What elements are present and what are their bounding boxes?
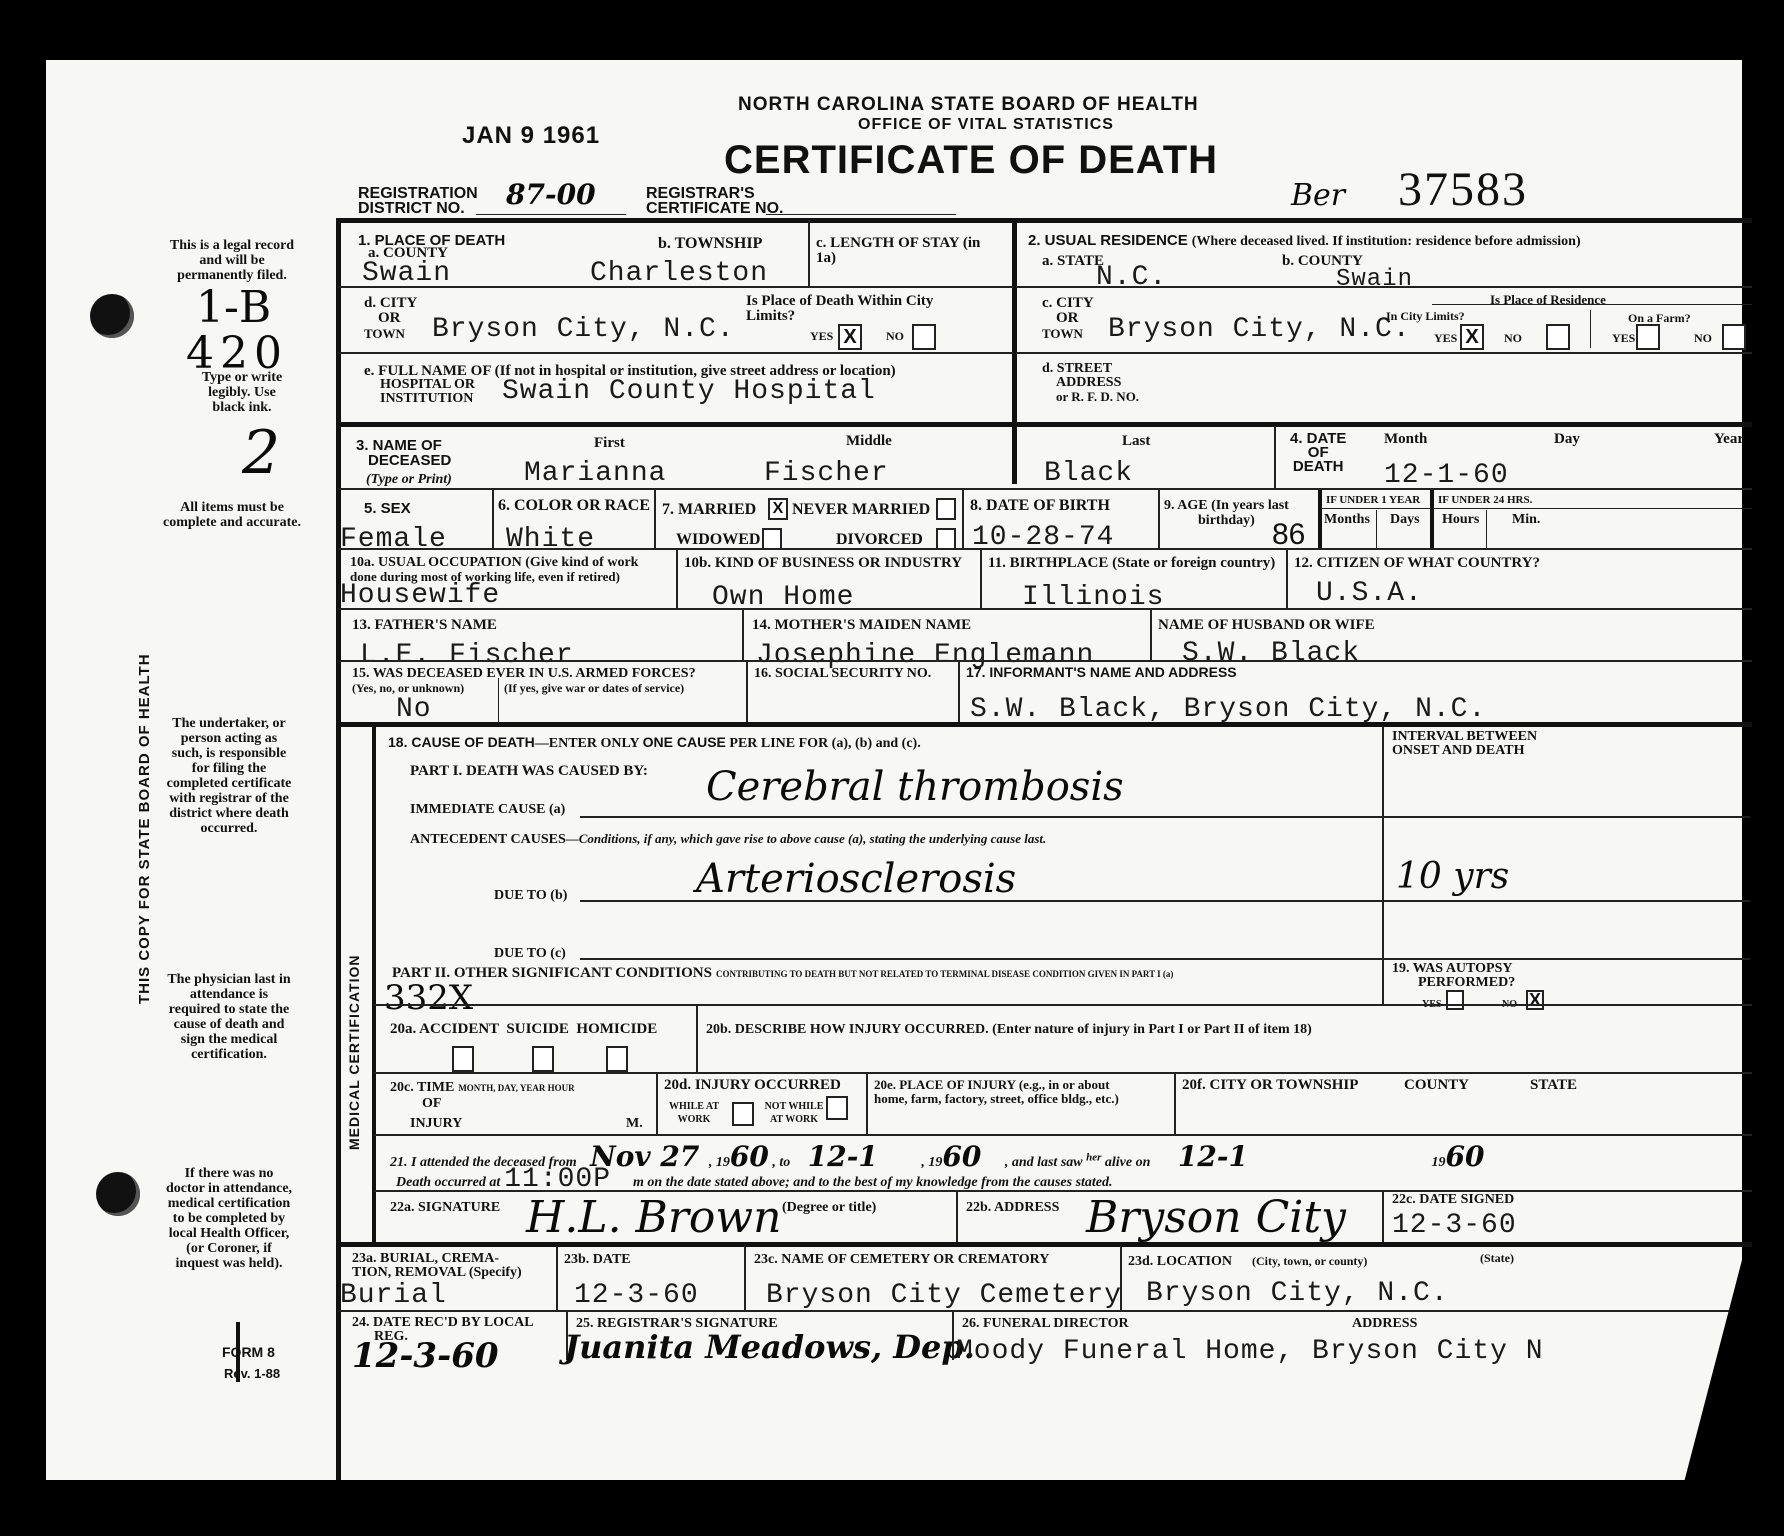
agency-office: OFFICE OF VITAL STATISTICS [858, 116, 1114, 134]
autopsy-no-checkbox[interactable]: X [1526, 990, 1544, 1010]
margin-note-undertaker: The undertaker, or person acting as such… [164, 716, 294, 836]
date-signed-label: 22c. DATE SIGNED [1392, 1192, 1514, 1207]
divider-under24 [1430, 490, 1434, 548]
registrar-certificate-underline [766, 214, 956, 215]
form-number: FORM 8 [222, 1344, 275, 1360]
within-city-limits-label: Is Place of Death Within City Limits? [746, 294, 946, 324]
page-title: CERTIFICATE OF DEATH [724, 138, 1218, 183]
margin-note-physician: The physician last in attendance is requ… [164, 972, 294, 1062]
residence-city: Bryson City, N.C. [1108, 316, 1411, 344]
row-line [338, 286, 1014, 288]
birthplace-label: 11. BIRTHPLACE (State or foreign country… [988, 556, 1275, 571]
father-label: 13. FATHER'S NAME [352, 618, 497, 633]
age-label: 9. AGE (In years last birthday) [1164, 498, 1289, 528]
section-divider [338, 1242, 1752, 1247]
in-city-yes-checkbox[interactable]: X [1460, 324, 1484, 350]
place-of-death-town-label: TOWN [364, 326, 405, 341]
row-line [374, 1072, 1752, 1074]
interval-column-divider [1382, 726, 1384, 1004]
divider [1174, 1072, 1176, 1134]
ssn-label: 16. SOCIAL SECURITY NO. [754, 666, 931, 681]
last-name-label: Last [1122, 434, 1150, 449]
residence-county: Swain [1336, 266, 1413, 294]
date-received: 12-3-60 [352, 1336, 499, 1376]
due-to-b-line [580, 900, 1750, 902]
physician-signature: H.L. Brown [526, 1192, 781, 1243]
injury-occurred-label: 20d. INJURY OCCURRED [664, 1078, 841, 1093]
date-signed: 12-3-60 [1392, 1212, 1517, 1240]
burial-date-label: 23b. DATE [564, 1252, 631, 1267]
min-label: Min. [1512, 512, 1540, 527]
place-of-death-township: Charleston [590, 260, 768, 288]
residence-street-label: d. STREET ADDRESS or R. F. D. NO. [1042, 362, 1139, 404]
divider [492, 488, 494, 548]
row-line [374, 1004, 1752, 1006]
burial-location: Bryson City, N.C. [1146, 1280, 1449, 1308]
physician-address-label: 22b. ADDRESS [966, 1200, 1059, 1215]
row-line [1016, 352, 1752, 354]
divider [742, 608, 744, 660]
never-married-checkbox[interactable] [936, 498, 956, 520]
within-city-yes-checkbox[interactable]: X [838, 324, 862, 350]
location-state-label: (State) [1480, 1252, 1514, 1265]
residence-farm-divider [1590, 310, 1591, 348]
section-divider [338, 422, 1752, 427]
injury-city-township-label: 20f. CITY OR TOWNSHIP [1182, 1078, 1358, 1093]
part1-label: PART I. DEATH WAS CAUSED BY: [410, 764, 648, 779]
section-divider-1-2 [1012, 218, 1017, 484]
under-24-hrs-label: IF UNDER 24 HRS. [1438, 494, 1532, 507]
year-label: Year [1714, 432, 1744, 447]
divider [1382, 1190, 1384, 1244]
usual-residence-header: 2. USUAL RESIDENCE (Where deceased lived… [1028, 232, 1581, 250]
divider [1286, 548, 1288, 608]
divider [1158, 488, 1160, 548]
never-married-label: NEVER MARRIED [792, 502, 930, 517]
row-line [338, 1310, 1734, 1312]
place-of-injury-label: 20e. PLACE OF INJURY (e.g., in or about … [874, 1078, 1119, 1106]
deceased-name-label: 3. NAME OF DECEASED [356, 438, 451, 468]
row-line [338, 660, 1752, 662]
citizenship: U.S.A. [1316, 580, 1423, 608]
divider [656, 1072, 658, 1134]
in-city-no-label: NO [1504, 332, 1522, 345]
months-label: Months [1324, 512, 1370, 527]
while-at-work-checkbox[interactable] [732, 1102, 754, 1126]
deceased-middle-name: Fischer [764, 460, 889, 488]
form-revision: Rev. 1-88 [224, 1366, 280, 1381]
autopsy-label: 19. WAS AUTOPSY PERFORMED? [1392, 962, 1515, 990]
time-of-injury-label: 20c. TIME MONTH, DAY, YEAR HOUR [390, 1078, 575, 1096]
antecedent-causes-label: ANTECEDENT CAUSES—Conditions, if any, wh… [410, 830, 1046, 848]
not-while-at-work-label: NOT WHILE AT WORK [764, 1100, 824, 1126]
medical-certification-label: MEDICAL CERTIFICATION [346, 955, 362, 1150]
in-city-no-checkbox[interactable] [1546, 324, 1570, 350]
accident-checkbox[interactable] [452, 1046, 474, 1072]
divider [980, 548, 982, 608]
due-to-b: Arteriosclerosis [696, 856, 1016, 902]
divider [1150, 608, 1152, 660]
margin-note-complete: All items must be complete and accurate. [162, 500, 302, 530]
registrar-signature: Juanita Meadows, Dep. [564, 1328, 975, 1366]
place-of-death-county: Swain [362, 260, 451, 288]
armed-forces-label: 15. WAS DECEASED EVER IN U.S. ARMED FORC… [352, 666, 696, 681]
margin-handwritten-2: 2 [242, 418, 280, 488]
on-farm-no-checkbox[interactable] [1722, 324, 1746, 350]
funeral-director: Moody Funeral Home, Bryson City N [956, 1338, 1544, 1366]
deceased-type-or-print: (Type or Print) [366, 472, 452, 488]
margin-note-type-legibly: Type or write legibly. Use black ink. [192, 370, 292, 415]
location-label: 23d. LOCATION (City, town, or county) [1128, 1252, 1367, 1270]
row-line [338, 608, 1752, 610]
cemetery-label: 23c. NAME OF CEMETERY OR CREMATORY [754, 1252, 1049, 1267]
mother-label: 14. MOTHER'S MAIDEN NAME [752, 618, 971, 633]
cemetery: Bryson City Cemetery [766, 1282, 1122, 1310]
row-line [374, 1134, 1752, 1136]
form-top-border [336, 218, 1752, 223]
certificate-number: 37583 [1398, 162, 1528, 217]
middle-name-label: Middle [846, 434, 892, 449]
received-stamp-date: JAN 9 1961 [462, 122, 600, 150]
divorced-checkbox[interactable] [936, 528, 956, 550]
row-line [1016, 286, 1752, 288]
due-to-b-label: DUE TO (b) [494, 888, 567, 903]
injury-county-label: COUNTY [1404, 1078, 1469, 1093]
married-checkbox[interactable]: X [768, 498, 788, 520]
widowed-label: WIDOWED [676, 532, 760, 547]
divider [696, 1006, 698, 1072]
residence-city-label: c. CITY OR [1042, 296, 1094, 326]
certificate-prefix-handwritten: Ber [1291, 178, 1345, 213]
divider [746, 660, 748, 722]
registrar-certificate-label: REGISTRAR'S CERTIFICATE NO. [646, 186, 783, 216]
citizen-label: 12. CITIZEN OF WHAT COUNTRY? [1294, 556, 1540, 571]
divider [1376, 510, 1377, 548]
spouse-label: NAME OF HUSBAND OR WIFE [1158, 618, 1375, 633]
burial-date: 12-3-60 [574, 1282, 699, 1310]
punch-hole-top [90, 294, 134, 338]
margin-handwritten-1b: 1-B [196, 282, 271, 333]
punch-hole-bottom [96, 1172, 140, 1216]
armed-forces-service-label: (If yes, give war or dates of service) [504, 682, 684, 695]
divider [744, 1246, 746, 1310]
sex-label: 5. SEX [364, 500, 411, 517]
divider [1120, 1246, 1122, 1310]
homicide-checkbox[interactable] [606, 1046, 628, 1072]
dob-label: 8. DATE OF BIRTH [970, 498, 1110, 513]
place-of-death-city-label: d. CITY OR [364, 296, 417, 326]
date-of-death-label: 4. DATE OF DEATH [1290, 432, 1346, 474]
hospital-label-line2: HOSPITAL OR INSTITUTION [380, 378, 475, 406]
married-label: 7. MARRIED [662, 502, 756, 517]
row-line [338, 352, 1014, 354]
divider [958, 660, 960, 722]
within-city-no-label: NO [886, 330, 904, 343]
divider-township-stay [808, 220, 810, 286]
divider [956, 1190, 958, 1244]
row-line [338, 488, 1752, 490]
margin-note-no-doctor: If there was no doctor in attendance, me… [164, 1166, 294, 1271]
divider-under1 [1318, 490, 1322, 548]
time-of-injury-of: OF [422, 1096, 441, 1111]
immediate-cause: Cerebral thrombosis [706, 764, 1124, 810]
registration-district-underline [476, 214, 626, 215]
informant-label: 17. INFORMANT'S NAME AND ADDRESS [966, 664, 1237, 680]
part2-label: PART II. OTHER SIGNIFICANT CONDITIONS CO… [392, 964, 1173, 982]
days-label: Days [1390, 512, 1420, 527]
due-to-c-label: DUE TO (c) [494, 946, 566, 961]
time-of-injury-m: M. [626, 1116, 643, 1131]
funeral-address-label: ADDRESS [1352, 1316, 1417, 1331]
residence-town-label: TOWN [1042, 326, 1083, 341]
day-label: Day [1554, 432, 1580, 447]
within-city-yes-label: YES [810, 330, 833, 343]
under-1-year-label: IF UNDER 1 YEAR [1326, 494, 1420, 507]
divider [952, 1312, 954, 1360]
hours-label: Hours [1442, 512, 1479, 527]
row-line [338, 548, 1752, 550]
within-city-no-checkbox[interactable] [912, 324, 936, 350]
date-of-death: 12-1-60 [1384, 462, 1509, 490]
subhead-line [1322, 508, 1752, 509]
margin-note-legal-record: This is a legal record and will be perma… [162, 238, 302, 283]
in-city-limits-label: In City Limits? [1386, 310, 1465, 323]
in-city-yes-label: YES [1434, 332, 1457, 345]
divider [1486, 510, 1487, 548]
registration-district-no: 87-00 [506, 178, 596, 211]
widowed-checkbox[interactable] [762, 528, 782, 550]
funeral-director-label: 26. FUNERAL DIRECTOR [962, 1316, 1129, 1331]
interval-label: INTERVAL BETWEEN ONSET AND DEATH [1392, 730, 1537, 758]
not-while-at-work-checkbox[interactable] [826, 1096, 848, 1120]
medical-left-border [372, 726, 376, 1242]
due-to-c-line [580, 958, 1750, 960]
disposition-label: 23a. BURIAL, CREMA- TION, REMOVAL (Speci… [352, 1252, 522, 1280]
on-farm-yes-checkbox[interactable] [1636, 324, 1660, 350]
occupation: Housewife [340, 582, 500, 610]
month-label: Month [1384, 432, 1427, 447]
deceased-first-name: Marianna [524, 460, 666, 488]
accident-suicide-homicide-label: 20a. ACCIDENT SUICIDE HOMICIDE [390, 1022, 657, 1037]
due-to-b-interval: 10 yrs [1396, 856, 1509, 897]
signature-label: 22a. SIGNATURE [390, 1200, 500, 1215]
place-of-death-city: Bryson City, N.C. [432, 316, 735, 344]
divider [556, 1246, 558, 1310]
physician-address: Bryson City [1086, 1192, 1346, 1243]
injury-state-label: STATE [1530, 1078, 1577, 1093]
on-farm-yes-label: YES [1612, 332, 1635, 345]
vertical-copy-label: THIS COPY FOR STATE BOARD OF HEALTH [136, 653, 153, 1004]
business-label: 10b. KIND OF BUSINESS OR INDUSTRY [684, 556, 962, 571]
part2-conditions: 332X [384, 978, 473, 1018]
cause-of-death-header: 18. CAUSE OF DEATH—ENTER ONLY ONE CAUSE … [388, 734, 921, 752]
race-label: 6. COLOR OR RACE [498, 498, 650, 513]
divider-name-dod [1274, 426, 1276, 488]
age-value: 86 [1272, 518, 1305, 552]
time-of-injury-injury: INJURY [410, 1116, 462, 1131]
residence-subhead-line [1432, 304, 1752, 305]
deceased-last-name: Black [1044, 460, 1133, 488]
disposition: Burial [340, 1282, 447, 1310]
on-farm-no-label: NO [1694, 332, 1712, 345]
page-corner-fold [1682, 1260, 1742, 1490]
injury-description-label: 20b. DESCRIBE HOW INJURY OCCURRED. (Ente… [706, 1022, 1312, 1037]
divorced-label: DIVORCED [836, 532, 923, 547]
divider [498, 678, 499, 722]
place-of-death-township-label: b. TOWNSHIP [658, 236, 762, 251]
hospital-name: Swain County Hospital [502, 378, 876, 406]
divider [654, 488, 656, 548]
divider [962, 488, 964, 548]
informant: S.W. Black, Bryson City, N.C. [970, 696, 1486, 724]
immediate-cause-label: IMMEDIATE CAUSE (a) [410, 802, 565, 817]
first-name-label: First [594, 436, 625, 451]
agency-name: NORTH CAROLINA STATE BOARD OF HEALTH [738, 94, 1199, 116]
immediate-cause-line [580, 816, 1750, 818]
registration-district-label: REGISTRATION DISTRICT NO. [358, 186, 478, 216]
autopsy-yes-checkbox[interactable] [1446, 990, 1464, 1010]
section-divider [338, 722, 1752, 727]
divider [676, 548, 678, 608]
divider [866, 1072, 868, 1134]
while-at-work-label: WHILE AT WORK [664, 1100, 724, 1126]
suicide-checkbox[interactable] [532, 1046, 554, 1072]
length-of-stay-label: c. LENGTH OF STAY (in 1a) [816, 236, 996, 266]
armed-forces: No [396, 696, 432, 724]
residence-state-label: a. STATE [1042, 254, 1104, 269]
death-certificate-page: JAN 9 1961 NORTH CAROLINA STATE BOARD OF… [46, 60, 1742, 1480]
degree-label: (Degree or title) [782, 1200, 876, 1215]
